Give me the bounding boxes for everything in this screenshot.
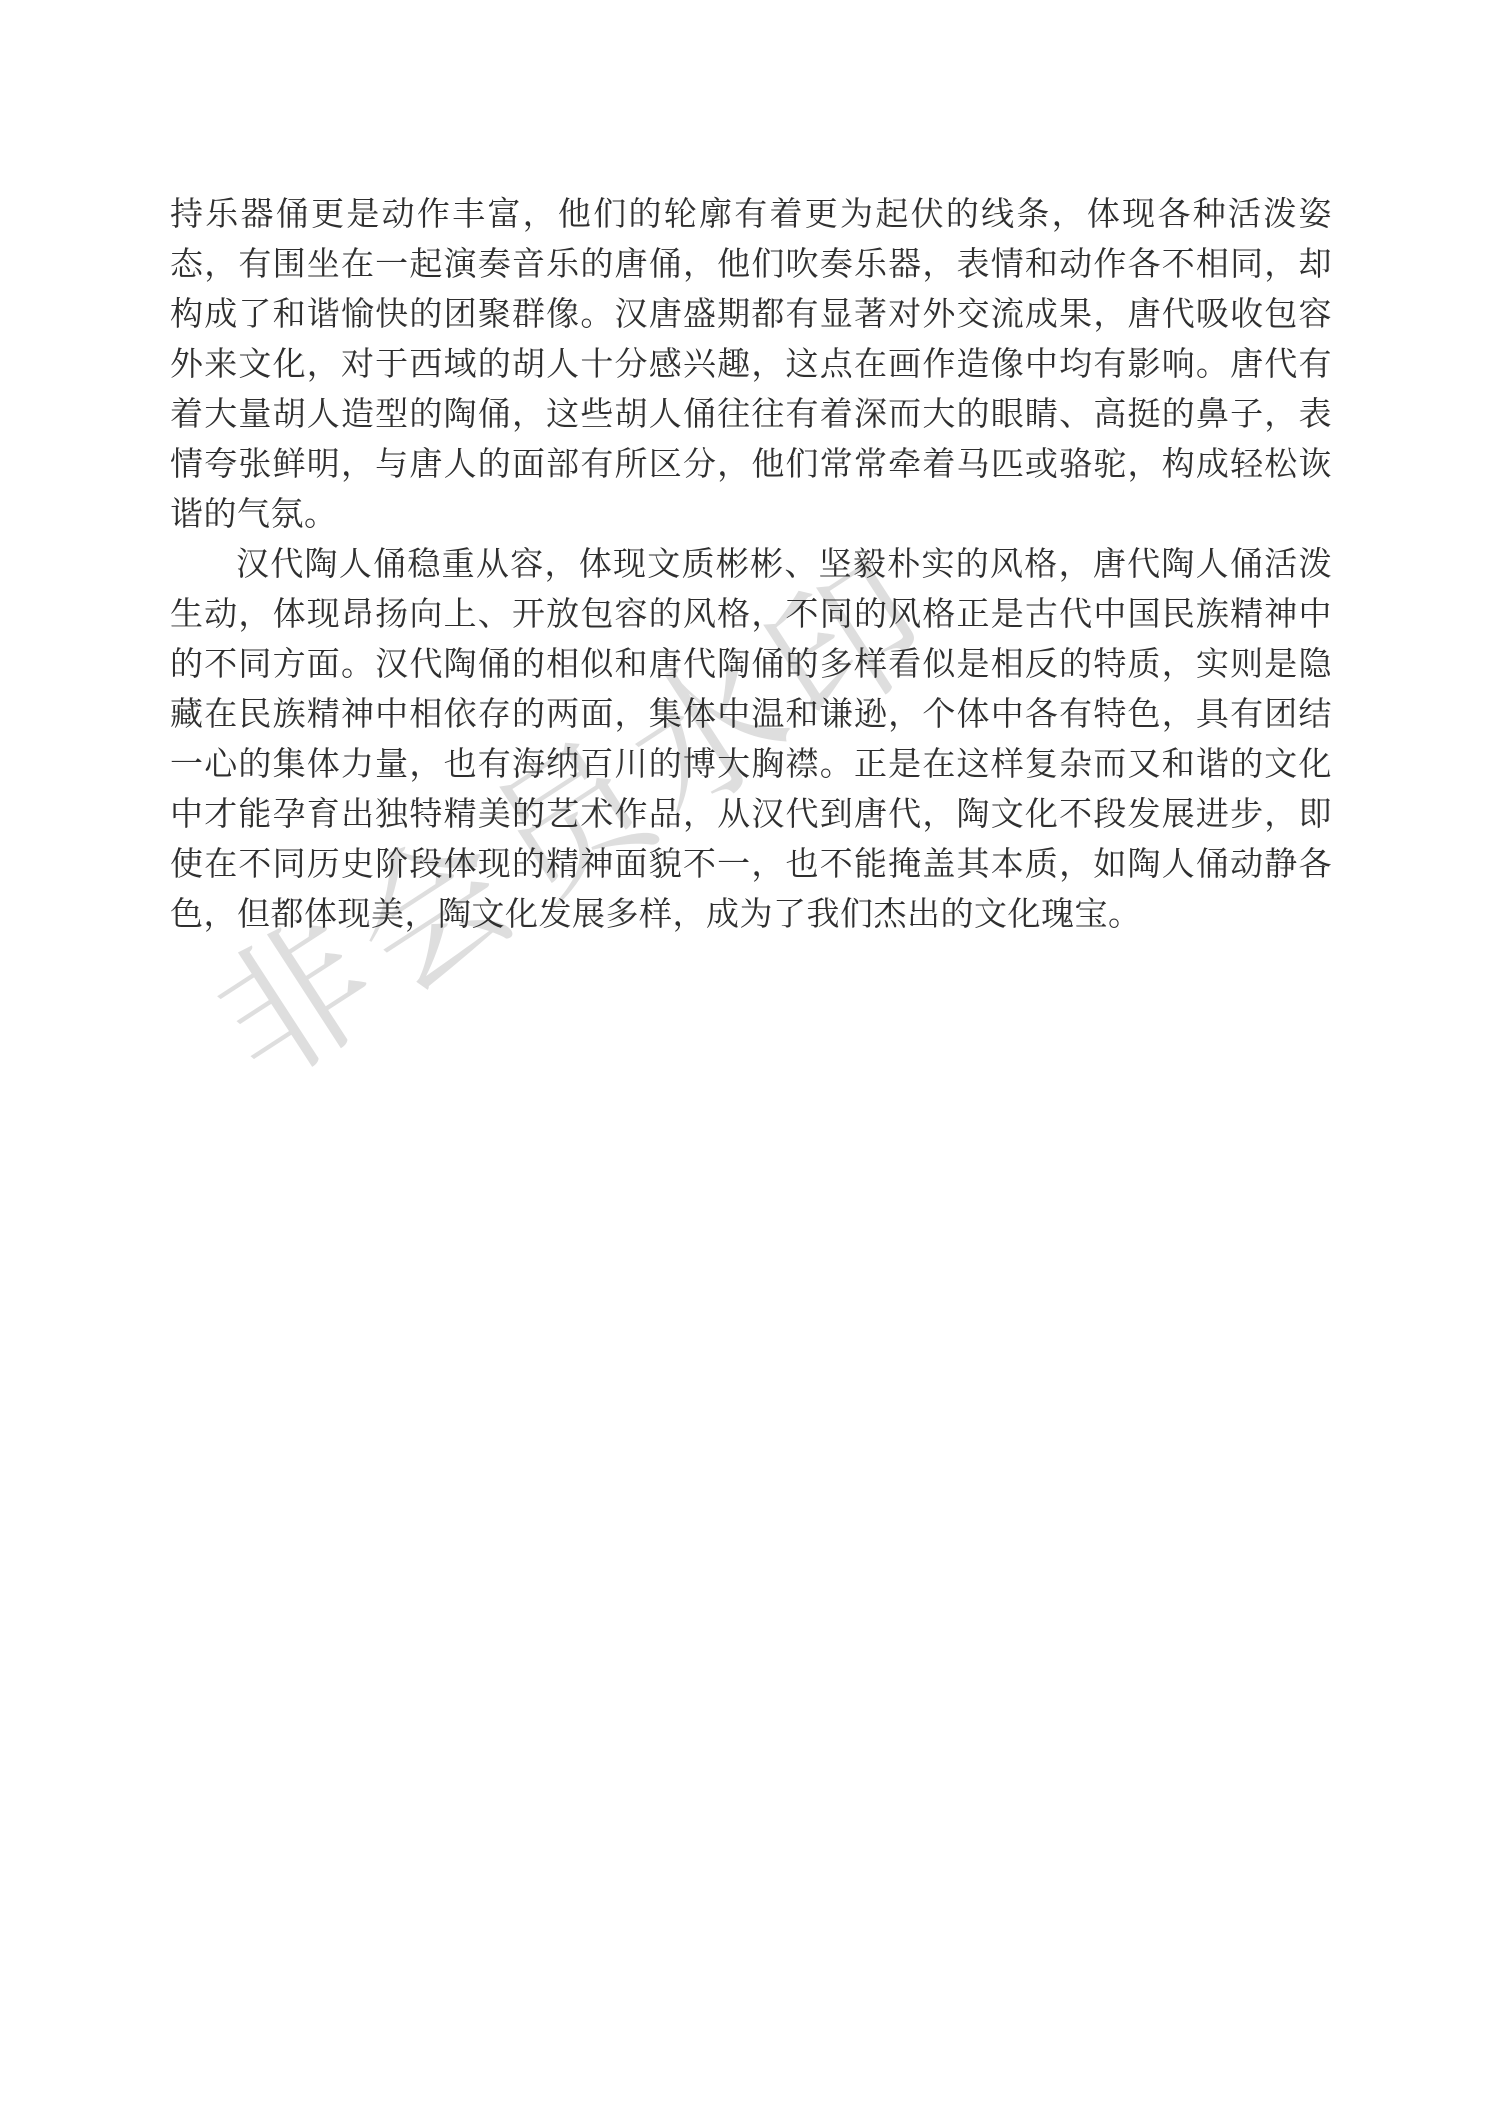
- paragraph-2: 汉代陶人俑稳重从容，体现文质彬彬、坚毅朴实的风格，唐代陶人俑活泼生动，体现昂扬向…: [170, 540, 1332, 940]
- document-body: 持乐器俑更是动作丰富，他们的轮廓有着更为起伏的线条，体现各种活泼姿态，有围坐在一…: [170, 190, 1332, 940]
- document-page: 非会员水印 持乐器俑更是动作丰富，他们的轮廓有着更为起伏的线条，体现各种活泼姿态…: [0, 0, 1500, 2122]
- paragraph-1: 持乐器俑更是动作丰富，他们的轮廓有着更为起伏的线条，体现各种活泼姿态，有围坐在一…: [170, 190, 1332, 540]
